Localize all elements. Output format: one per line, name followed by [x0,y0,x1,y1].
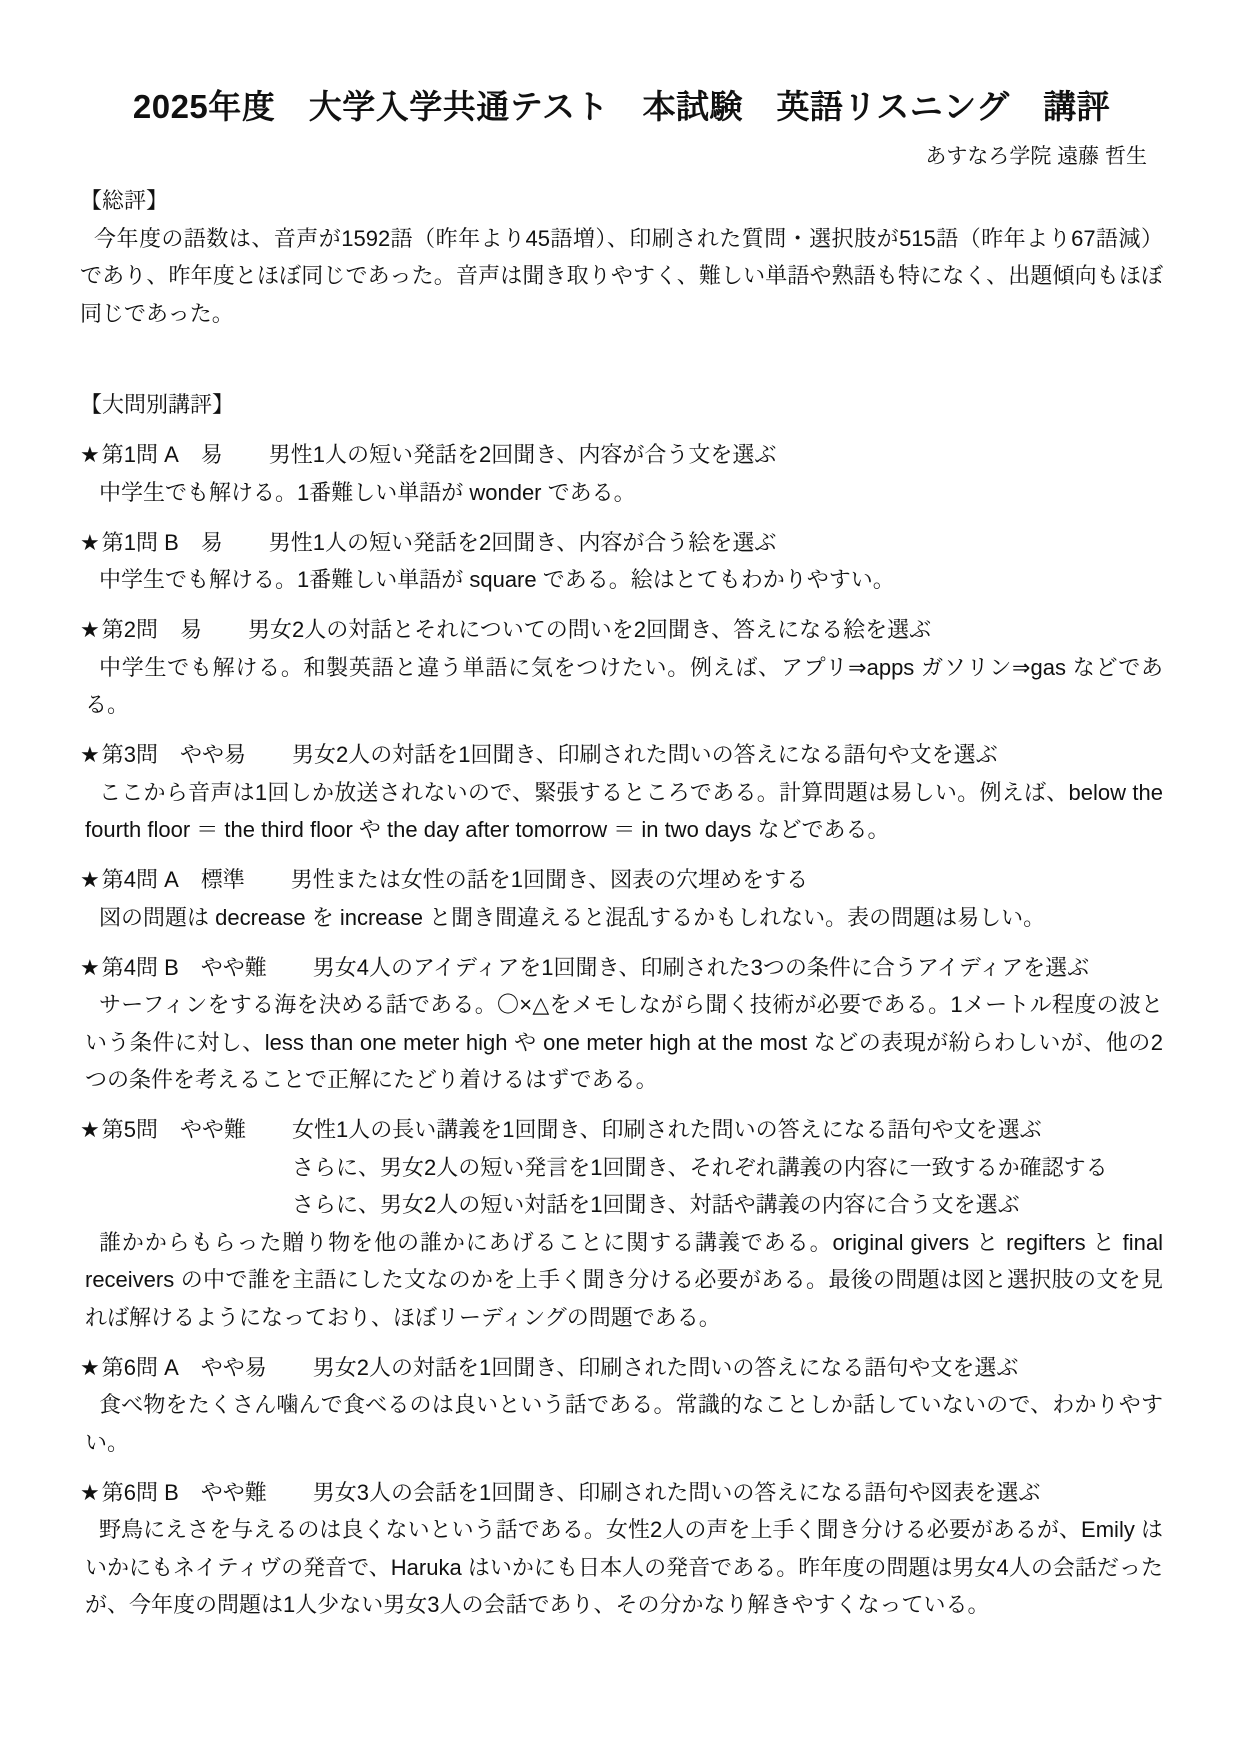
task-list: 女性1人の長い講義を1回聞き、印刷された問いの答えになる語句や文を選ぶ さらに、… [292,1111,1163,1224]
section-q3: ★ 第3問 やや易 男女2人の対話を1回聞き、印刷された問いの答えになる語句や文… [80,736,1163,849]
section-heading-row: ★ 第1問 A 易 男性1人の短い発話を2回聞き、内容が合う文を選ぶ [80,436,1163,474]
overall-review-paragraph: 今年度の語数は、音声が1592語（昨年より45語増）、印刷された質問・選択肢が5… [80,220,1163,333]
star-icon: ★ [80,949,100,987]
task-list: 男女3人の会話を1回聞き、印刷された問いの答えになる語句や図表を選ぶ [313,1474,1163,1512]
difficulty-label: やや難 [201,1474,267,1512]
task-description: 男女2人の対話を1回聞き、印刷された問いの答えになる語句や文を選ぶ [292,736,1163,774]
task-list: 男性1人の短い発話を2回聞き、内容が合う文を選ぶ [269,436,1163,474]
question-label: 第4問 B [102,949,179,987]
task-description: さらに、男女2人の短い対話を1回聞き、対話や講義の内容に合う文を選ぶ [292,1186,1163,1224]
task-description: 男性または女性の話を1回聞き、図表の穴埋めをする [291,861,1163,899]
difficulty-label: 易 [201,524,223,562]
section-q6b: ★ 第6問 B やや難 男女3人の会話を1回聞き、印刷された問いの答えになる語句… [80,1474,1163,1624]
task-list: 男女2人の対話を1回聞き、印刷された問いの答えになる語句や文を選ぶ [292,736,1163,774]
comment-paragraph: 中学生でも解ける。1番難しい単語が wonder である。 [80,474,1163,512]
difficulty-label: 易 [201,436,223,474]
document-page: 2025年度 大学入学共通テスト 本試験 英語リスニング 講評 あすなろ学院 遠… [0,0,1241,1755]
star-icon: ★ [80,524,100,562]
star-icon: ★ [80,861,100,899]
task-list: 男女4人のアイディアを1回聞き、印刷された3つの条件に合うアイディアを選ぶ [313,949,1163,987]
section-q4b: ★ 第4問 B やや難 男女4人のアイディアを1回聞き、印刷された3つの条件に合… [80,949,1163,1099]
difficulty-label: やや難 [180,1111,246,1149]
section-heading-row: ★ 第1問 B 易 男性1人の短い発話を2回聞き、内容が合う絵を選ぶ [80,524,1163,562]
star-icon: ★ [80,1474,100,1512]
task-description: さらに、男女2人の短い発言を1回聞き、それぞれ講義の内容に一致するか確認する [292,1149,1163,1187]
per-question-review-heading: 【大問別講評】 [80,386,1163,424]
section-q6a: ★ 第6問 A やや易 男女2人の対話を1回聞き、印刷された問いの答えになる語句… [80,1349,1163,1462]
difficulty-label: 標準 [201,861,245,899]
task-description: 男女4人のアイディアを1回聞き、印刷された3つの条件に合うアイディアを選ぶ [313,949,1163,987]
comment-paragraph: サーフィンをする海を決める話である。〇×△をメモしながら聞く技術が必要である。1… [80,986,1163,1099]
difficulty-label: やや易 [180,736,246,774]
task-list: 男女2人の対話とそれについての問いを2回聞き、答えになる絵を選ぶ [248,611,1163,649]
difficulty-label: 易 [180,611,202,649]
task-description: 男女2人の対話を1回聞き、印刷された問いの答えになる語句や文を選ぶ [313,1349,1163,1387]
star-icon: ★ [80,1111,100,1149]
section-heading-row: ★ 第2問 易 男女2人の対話とそれについての問いを2回聞き、答えになる絵を選ぶ [80,611,1163,649]
comment-paragraph: 中学生でも解ける。1番難しい単語が square である。絵はとてもわかりやすい… [80,561,1163,599]
comment-paragraph: 食べ物をたくさん噛んで食べるのは良いという話である。常識的なことしか話していない… [80,1386,1163,1461]
question-label: 第1問 A [102,436,179,474]
comment-paragraph: 中学生でも解ける。和製英語と違う単語に気をつけたい。例えば、アプリ⇒apps ガ… [80,649,1163,724]
section-heading-row: ★ 第3問 やや易 男女2人の対話を1回聞き、印刷された問いの答えになる語句や文… [80,736,1163,774]
task-description: 男性1人の短い発話を2回聞き、内容が合う文を選ぶ [269,436,1163,474]
comment-paragraph: 図の問題は decrease を increase と聞き間違えると混乱するかも… [80,899,1163,937]
page-title: 2025年度 大学入学共通テスト 本試験 英語リスニング 講評 [80,86,1163,128]
task-list: 男性1人の短い発話を2回聞き、内容が合う絵を選ぶ [269,524,1163,562]
section-q1a: ★ 第1問 A 易 男性1人の短い発話を2回聞き、内容が合う文を選ぶ 中学生でも… [80,436,1163,511]
section-heading-row: ★ 第5問 やや難 女性1人の長い講義を1回聞き、印刷された問いの答えになる語句… [80,1111,1163,1224]
star-icon: ★ [80,736,100,774]
section-q5: ★ 第5問 やや難 女性1人の長い講義を1回聞き、印刷された問いの答えになる語句… [80,1111,1163,1336]
question-label: 第4問 A [102,861,179,899]
star-icon: ★ [80,436,100,474]
comment-paragraph: 誰かからもらった贈り物を他の誰かにあげることに関する講義である。original… [80,1224,1163,1337]
section-q4a: ★ 第4問 A 標準 男性または女性の話を1回聞き、図表の穴埋めをする 図の問題… [80,861,1163,936]
question-label: 第5問 [102,1111,158,1149]
task-description: 男女2人の対話とそれについての問いを2回聞き、答えになる絵を選ぶ [248,611,1163,649]
task-description: 男性1人の短い発話を2回聞き、内容が合う絵を選ぶ [269,524,1163,562]
star-icon: ★ [80,611,100,649]
question-label: 第1問 B [102,524,179,562]
star-icon: ★ [80,1349,100,1387]
section-q2: ★ 第2問 易 男女2人の対話とそれについての問いを2回聞き、答えになる絵を選ぶ… [80,611,1163,724]
task-description: 男女3人の会話を1回聞き、印刷された問いの答えになる語句や図表を選ぶ [313,1474,1163,1512]
question-label: 第2問 [102,611,158,649]
section-heading-row: ★ 第4問 A 標準 男性または女性の話を1回聞き、図表の穴埋めをする [80,861,1163,899]
section-heading-row: ★ 第4問 B やや難 男女4人のアイディアを1回聞き、印刷された3つの条件に合… [80,949,1163,987]
section-q1b: ★ 第1問 B 易 男性1人の短い発話を2回聞き、内容が合う絵を選ぶ 中学生でも… [80,524,1163,599]
task-description: 女性1人の長い講義を1回聞き、印刷された問いの答えになる語句や文を選ぶ [292,1111,1163,1149]
question-label: 第3問 [102,736,158,774]
question-label: 第6問 A [102,1349,179,1387]
overall-review-heading: 【総評】 [80,182,1163,220]
task-list: 男性または女性の話を1回聞き、図表の穴埋めをする [291,861,1163,899]
author-byline: あすなろ学院 遠藤 哲生 [80,140,1163,174]
task-list: 男女2人の対話を1回聞き、印刷された問いの答えになる語句や文を選ぶ [313,1349,1163,1387]
section-heading-row: ★ 第6問 A やや易 男女2人の対話を1回聞き、印刷された問いの答えになる語句… [80,1349,1163,1387]
comment-paragraph: ここから音声は1回しか放送されないので、緊張するところである。計算問題は易しい。… [80,774,1163,849]
question-label: 第6問 B [102,1474,179,1512]
section-heading-row: ★ 第6問 B やや難 男女3人の会話を1回聞き、印刷された問いの答えになる語句… [80,1474,1163,1512]
difficulty-label: やや易 [201,1349,267,1387]
comment-paragraph: 野鳥にえさを与えるのは良くないという話である。女性2人の声を上手く聞き分ける必要… [80,1511,1163,1624]
difficulty-label: やや難 [201,949,267,987]
